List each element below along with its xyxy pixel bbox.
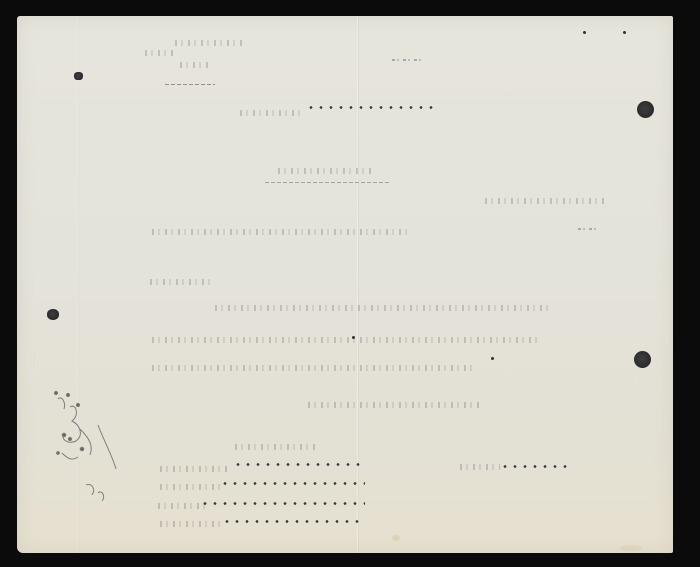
dotted-leader xyxy=(500,465,570,468)
fold-crease xyxy=(357,16,359,553)
dotted-leader xyxy=(200,502,365,505)
dotted-leader xyxy=(220,482,365,485)
paper-stain xyxy=(620,545,642,551)
punch-hole xyxy=(637,101,654,118)
dotted-leader xyxy=(222,520,362,523)
dotted-leader xyxy=(306,106,436,109)
ink-blot xyxy=(47,309,59,320)
dotted-leader xyxy=(233,463,365,466)
left-margin-annotation xyxy=(50,385,120,505)
punch-hole xyxy=(634,351,651,368)
ink-blot xyxy=(74,72,83,80)
paper-stain xyxy=(392,535,400,541)
